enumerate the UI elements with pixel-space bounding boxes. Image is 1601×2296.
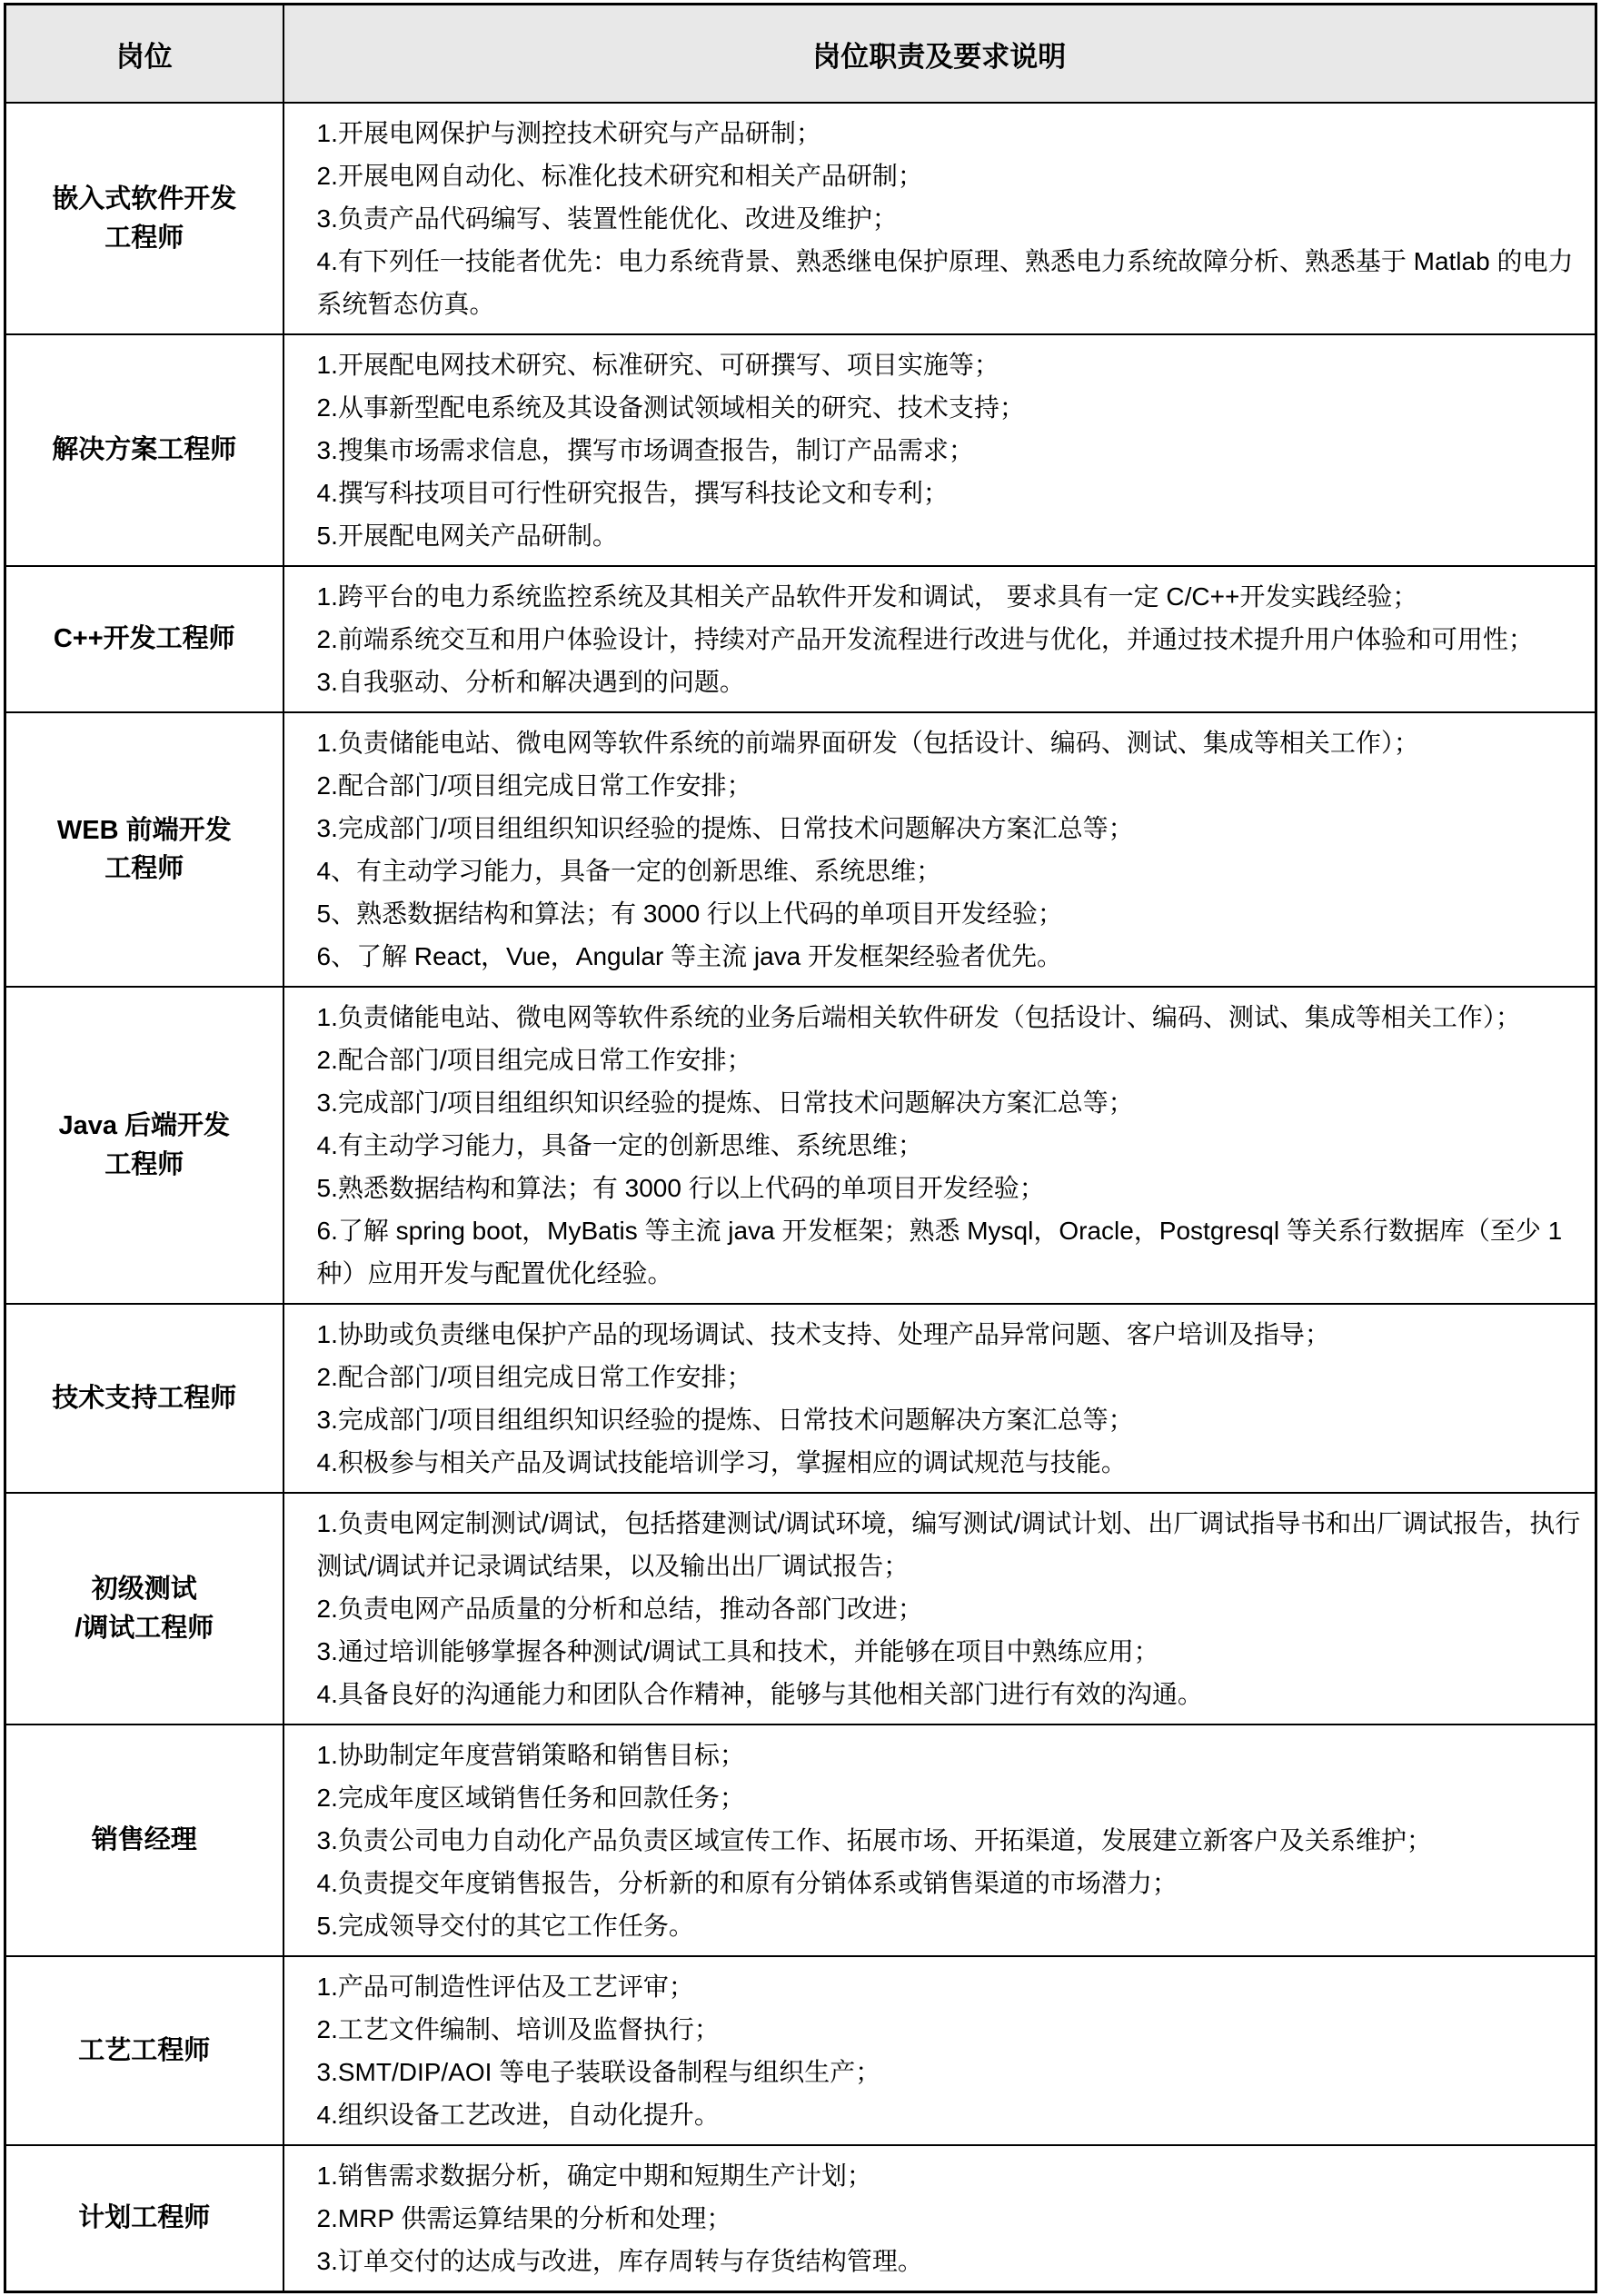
- duty-line: 2.从事新型配电系统及其设备测试领域相关的研究、技术支持；: [317, 386, 1585, 429]
- duty-line: 4.负责提交年度销售报告，分析新的和原有分销体系或销售渠道的市场潜力；: [317, 1862, 1585, 1904]
- position-name: 解决方案工程师: [5, 334, 283, 566]
- duty-line: 5.开展配电网关产品研制。: [317, 514, 1585, 557]
- position-name: 技术支持工程师: [5, 1304, 283, 1493]
- duties-cell: 1.负责储能电站、微电网等软件系统的业务后端相关软件研发（包括设计、编码、测试、…: [283, 987, 1596, 1304]
- duty-line: 1.开展配电网技术研究、标准研究、可研撰写、项目实施等；: [317, 343, 1585, 386]
- duty-line: 6、了解 React，Vue，Angular 等主流 java 开发框架经验者优…: [317, 935, 1585, 978]
- table-row: 计划工程师1.销售需求数据分析，确定中期和短期生产计划；2.MRP 供需运算结果…: [5, 2145, 1596, 2292]
- position-name: 初级测试 /调试工程师: [5, 1493, 283, 1724]
- duty-line: 3.负责公司电力自动化产品负责区域宣传工作、拓展市场、开拓渠道，发展建立新客户及…: [317, 1819, 1585, 1862]
- table-row: 技术支持工程师1.协助或负责继电保护产品的现场调试、技术支持、处理产品异常问题、…: [5, 1304, 1596, 1493]
- position-name: 计划工程师: [5, 2145, 283, 2292]
- duties-cell: 1.开展电网保护与测控技术研究与产品研制；2.开展电网自动化、标准化技术研究和相…: [283, 103, 1596, 334]
- position-name: WEB 前端开发 工程师: [5, 712, 283, 987]
- duty-line: 2.负责电网产品质量的分析和总结，推动各部门改进；: [317, 1587, 1585, 1630]
- duty-line: 1.跨平台的电力系统监控系统及其相关产品软件开发和调试， 要求具有一定 C/C+…: [317, 575, 1585, 618]
- duty-line: 4.有主动学习能力，具备一定的创新思维、系统思维；: [317, 1124, 1585, 1167]
- duty-line: 5.完成领导交付的其它工作任务。: [317, 1904, 1585, 1947]
- table-row: C++开发工程师1.跨平台的电力系统监控系统及其相关产品软件开发和调试， 要求具…: [5, 566, 1596, 712]
- duty-line: 1.开展电网保护与测控技术研究与产品研制；: [317, 112, 1585, 154]
- duty-line: 3.完成部门/项目组组织知识经验的提炼、日常技术问题解决方案汇总等；: [317, 1081, 1585, 1124]
- job-table: 岗位 岗位职责及要求说明 嵌入式软件开发 工程师1.开展电网保护与测控技术研究与…: [4, 3, 1597, 2293]
- duty-line: 4.组织设备工艺改进，自动化提升。: [317, 2093, 1585, 2136]
- duty-line: 3.自我驱动、分析和解决遇到的问题。: [317, 661, 1585, 703]
- duty-line: 3.搜集市场需求信息，撰写市场调查报告，制订产品需求；: [317, 429, 1585, 472]
- duties-cell: 1.负责电网定制测试/调试，包括搭建测试/调试环境，编写测试/调试计划、出厂调试…: [283, 1493, 1596, 1724]
- duty-line: 2.前端系统交互和用户体验设计，持续对产品开发流程进行改进与优化，并通过技术提升…: [317, 618, 1585, 661]
- position-name: 工艺工程师: [5, 1956, 283, 2145]
- position-name: C++开发工程师: [5, 566, 283, 712]
- duties-cell: 1.跨平台的电力系统监控系统及其相关产品软件开发和调试， 要求具有一定 C/C+…: [283, 566, 1596, 712]
- table-row: WEB 前端开发 工程师1.负责储能电站、微电网等软件系统的前端界面研发（包括设…: [5, 712, 1596, 987]
- duty-line: 3.完成部门/项目组组织知识经验的提炼、日常技术问题解决方案汇总等；: [317, 807, 1585, 850]
- duty-line: 2.配合部门/项目组完成日常工作安排；: [317, 1356, 1585, 1398]
- duty-line: 5、熟悉数据结构和算法；有 3000 行以上代码的单项目开发经验；: [317, 892, 1585, 935]
- duty-line: 3.完成部门/项目组组织知识经验的提炼、日常技术问题解决方案汇总等；: [317, 1398, 1585, 1441]
- duty-line: 2.配合部门/项目组完成日常工作安排；: [317, 764, 1585, 807]
- job-table-body: 嵌入式软件开发 工程师1.开展电网保护与测控技术研究与产品研制；2.开展电网自动…: [5, 103, 1596, 2292]
- duty-line: 1.产品可制造性评估及工艺评审；: [317, 1965, 1585, 2008]
- duty-line: 1.销售需求数据分析，确定中期和短期生产计划；: [317, 2154, 1585, 2197]
- duties-cell: 1.协助或负责继电保护产品的现场调试、技术支持、处理产品异常问题、客户培训及指导…: [283, 1304, 1596, 1493]
- table-row: 嵌入式软件开发 工程师1.开展电网保护与测控技术研究与产品研制；2.开展电网自动…: [5, 103, 1596, 334]
- duty-line: 2.工艺文件编制、培训及监督执行；: [317, 2008, 1585, 2051]
- header-row: 岗位 岗位职责及要求说明: [5, 5, 1596, 104]
- duty-line: 1.协助制定年度营销策略和销售目标；: [317, 1734, 1585, 1776]
- duty-line: 4、有主动学习能力，具备一定的创新思维、系统思维；: [317, 850, 1585, 892]
- table-row: 工艺工程师1.产品可制造性评估及工艺评审；2.工艺文件编制、培训及监督执行；3.…: [5, 1956, 1596, 2145]
- duty-line: 2.完成年度区域销售任务和回款任务；: [317, 1776, 1585, 1819]
- position-name: 销售经理: [5, 1724, 283, 1956]
- position-name: Java 后端开发 工程师: [5, 987, 283, 1304]
- duty-line: 4.有下列任一技能者优先：电力系统背景、熟悉继电保护原理、熟悉电力系统故障分析、…: [317, 240, 1585, 325]
- header-duties: 岗位职责及要求说明: [283, 5, 1596, 104]
- duties-cell: 1.销售需求数据分析，确定中期和短期生产计划；2.MRP 供需运算结果的分析和处…: [283, 2145, 1596, 2292]
- duty-line: 6.了解 spring boot，MyBatis 等主流 java 开发框架；熟…: [317, 1209, 1585, 1295]
- duty-line: 2.开展电网自动化、标准化技术研究和相关产品研制；: [317, 154, 1585, 197]
- table-row: 初级测试 /调试工程师1.负责电网定制测试/调试，包括搭建测试/调试环境，编写测…: [5, 1493, 1596, 1724]
- duties-cell: 1.开展配电网技术研究、标准研究、可研撰写、项目实施等；2.从事新型配电系统及其…: [283, 334, 1596, 566]
- duty-line: 5.熟悉数据结构和算法；有 3000 行以上代码的单项目开发经验；: [317, 1167, 1585, 1209]
- duty-line: 4.积极参与相关产品及调试技能培训学习，掌握相应的调试规范与技能。: [317, 1441, 1585, 1484]
- duty-line: 1.负责储能电站、微电网等软件系统的前端界面研发（包括设计、编码、测试、集成等相…: [317, 721, 1585, 764]
- duty-line: 3.通过培训能够掌握各种测试/调试工具和技术，并能够在项目中熟练应用；: [317, 1630, 1585, 1673]
- header-position: 岗位: [5, 5, 283, 104]
- duty-line: 1.负责电网定制测试/调试，包括搭建测试/调试环境，编写测试/调试计划、出厂调试…: [317, 1502, 1585, 1587]
- duties-cell: 1.协助制定年度营销策略和销售目标；2.完成年度区域销售任务和回款任务；3.负责…: [283, 1724, 1596, 1956]
- document-page: 岗位 岗位职责及要求说明 嵌入式软件开发 工程师1.开展电网保护与测控技术研究与…: [0, 0, 1601, 2296]
- duty-line: 1.负责储能电站、微电网等软件系统的业务后端相关软件研发（包括设计、编码、测试、…: [317, 996, 1585, 1039]
- duty-line: 3.订单交付的达成与改进，库存周转与存货结构管理。: [317, 2240, 1585, 2282]
- duties-cell: 1.负责储能电站、微电网等软件系统的前端界面研发（包括设计、编码、测试、集成等相…: [283, 712, 1596, 987]
- duties-cell: 1.产品可制造性评估及工艺评审；2.工艺文件编制、培训及监督执行；3.SMT/D…: [283, 1956, 1596, 2145]
- table-row: 销售经理1.协助制定年度营销策略和销售目标；2.完成年度区域销售任务和回款任务；…: [5, 1724, 1596, 1956]
- duty-line: 3.SMT/DIP/AOI 等电子装联设备制程与组织生产；: [317, 2051, 1585, 2093]
- duty-line: 1.协助或负责继电保护产品的现场调试、技术支持、处理产品异常问题、客户培训及指导…: [317, 1313, 1585, 1356]
- duty-line: 3.负责产品代码编写、装置性能优化、改进及维护；: [317, 197, 1585, 240]
- duty-line: 4.撰写科技项目可行性研究报告，撰写科技论文和专利；: [317, 472, 1585, 514]
- table-row: 解决方案工程师1.开展配电网技术研究、标准研究、可研撰写、项目实施等；2.从事新…: [5, 334, 1596, 566]
- position-name: 嵌入式软件开发 工程师: [5, 103, 283, 334]
- duty-line: 4.具备良好的沟通能力和团队合作精神，能够与其他相关部门进行有效的沟通。: [317, 1673, 1585, 1715]
- duty-line: 2.配合部门/项目组完成日常工作安排；: [317, 1039, 1585, 1081]
- table-row: Java 后端开发 工程师1.负责储能电站、微电网等软件系统的业务后端相关软件研…: [5, 987, 1596, 1304]
- duty-line: 2.MRP 供需运算结果的分析和处理；: [317, 2197, 1585, 2240]
